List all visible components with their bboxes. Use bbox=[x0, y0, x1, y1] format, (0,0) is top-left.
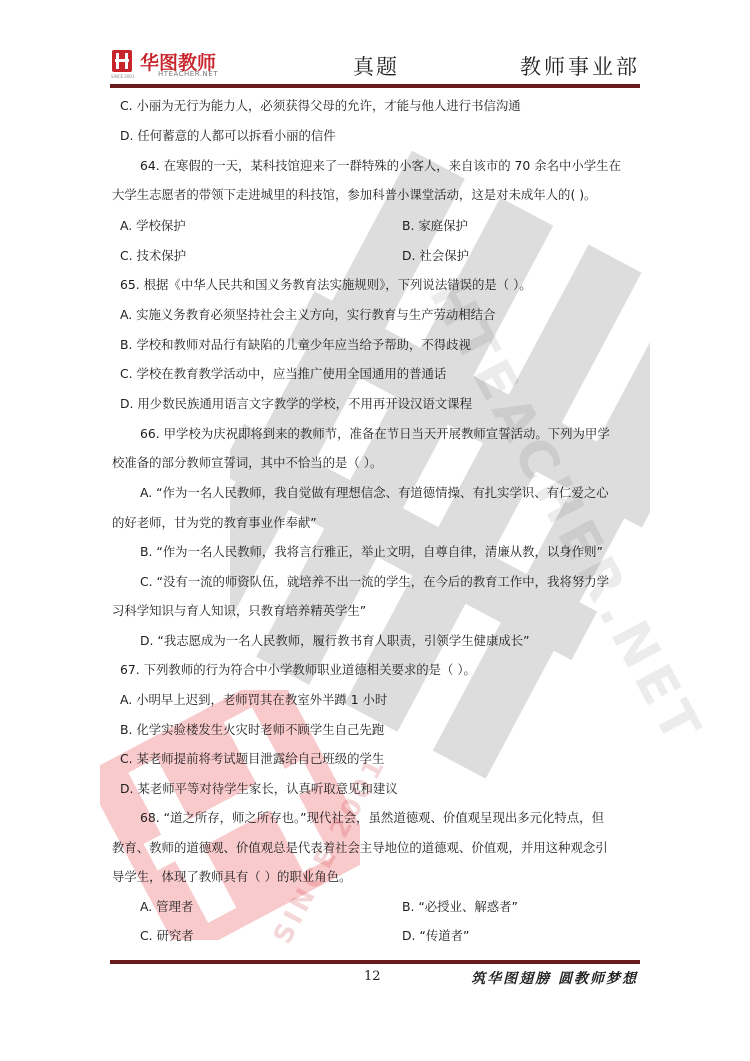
q64-option-c: C. 技术保护 bbox=[120, 246, 186, 264]
q64-stem-line1: 64. 在寒假的一天，某科技馆迎来了一群特殊的小客人，来自该市的 70 余名中小… bbox=[140, 156, 621, 174]
q68-option-b: B. “必授业、解惑者” bbox=[402, 897, 518, 915]
brand-logo: SINCE 2001 华图教师 HTEACHER.NET bbox=[112, 50, 232, 80]
logo-since-text: SINCE 2001 bbox=[111, 74, 134, 79]
logo-mark-icon bbox=[112, 50, 132, 72]
q66-option-a-line2: 的好老师，甘为党的教育事业作奉献” bbox=[112, 513, 317, 531]
q66-option-a-line1: A. “作为一名人民教师，我自觉做有理想信念、有道德情操、有扎实学识、有仁爱之心 bbox=[140, 483, 609, 501]
page-number: 12 bbox=[364, 969, 381, 984]
q65-stem: 65. 根据《中华人民共和国义务教育法实施规则》，下列说法错误的是（ ）。 bbox=[120, 275, 532, 293]
q67-option-d: D. 某老师平等对待学生家长，认真听取意见和建议 bbox=[120, 779, 398, 797]
q67-option-b: B. 化学实验楼发生火灾时老师不顾学生自己先跑 bbox=[120, 720, 384, 738]
q65-option-b: B. 学校和教师对品行有缺陷的儿童少年应当给予帮助，不得歧视 bbox=[120, 335, 471, 353]
footer-divider bbox=[110, 960, 640, 964]
q63-option-d: D. 任何蓄意的人都可以拆看小丽的信件 bbox=[120, 126, 336, 144]
q66-option-d: D. “我志愿成为一名人民教师，履行教书育人职责，引领学生健康成长” bbox=[140, 631, 530, 649]
q68-stem-line3: 导学生，体现了教师具有（ ）的职业角色。 bbox=[112, 867, 351, 885]
q66-stem-line2: 校准备的部分教师宣誓词，其中不恰当的是（ ）。 bbox=[112, 453, 382, 471]
q68-stem-line2: 教育、教师的道德观、价值观总是代表着社会主导地位的道德观、价值观，并用这种观念引 bbox=[112, 838, 608, 856]
q66-stem-line1: 66. 甲学校为庆祝即将到来的教师节，准备在节日当天开展教师宣誓活动。下列为甲学 bbox=[140, 424, 610, 442]
q64-option-b: B. 家庭保护 bbox=[402, 216, 468, 234]
page-header: SINCE 2001 华图教师 HTEACHER.NET 真题 教师事业部 bbox=[110, 48, 640, 82]
q65-option-a: A. 实施义务教育必须坚持社会主义方向，实行教育与生产劳动相结合 bbox=[120, 305, 495, 323]
q66-option-b: B. “作为一名人民教师，我将言行雅正，举止文明，自尊自律，清廉从教，以身作则” bbox=[140, 542, 603, 560]
q63-option-c: C. 小丽为无行为能力人，必须获得父母的允许，才能与他人进行书信沟通 bbox=[120, 96, 521, 114]
q66-option-c-line1: C. “没有一流的师资队伍，就培养不出一流的学生，在今后的教育工作中，我将努力学 bbox=[140, 572, 609, 590]
logo-url: HTEACHER.NET bbox=[158, 70, 218, 78]
document-page: HTEACHER.NET SINCE 2001 SINCE 2001 华图教师 … bbox=[0, 0, 750, 1061]
q64-stem-line2: 大学生志愿者的带领下走进城里的科技馆，参加科普小课堂活动，这是对未成年人的( )… bbox=[112, 185, 596, 203]
q66-option-c-line2: 习科学知识与育人知识，只教育培养精英学生” bbox=[112, 601, 366, 619]
q64-option-a: A. 学校保护 bbox=[120, 216, 186, 234]
q65-option-c: C. 学校在教育教学活动中，应当推广使用全国通用的普通话 bbox=[120, 364, 446, 382]
q67-option-a: A. 小明早上迟到，老师罚其在教室外半蹲 1 小时 bbox=[120, 690, 387, 708]
q67-stem: 67. 下列教师的行为符合中小学教师职业道德相关要求的是（ ）。 bbox=[120, 660, 476, 678]
q65-option-d: D. 用少数民族通用语言文字教学的学校，不用再开设汉语文课程 bbox=[120, 394, 472, 412]
header-title-right: 教师事业部 bbox=[520, 51, 640, 81]
q64-option-d: D. 社会保护 bbox=[402, 246, 469, 264]
q68-option-d: D. “传道者” bbox=[402, 926, 469, 944]
footer-slogan: 筑华图翅膀 圆教师梦想 bbox=[471, 968, 638, 988]
header-divider bbox=[110, 84, 640, 88]
q68-stem-line1: 68. “道之所存，师之所存也。”现代社会，虽然道德观、价值观呈现出多元化特点，… bbox=[140, 808, 604, 826]
header-title-center: 真题 bbox=[353, 51, 399, 81]
q67-option-c: C. 某老师提前将考试题目泄露给自己班级的学生 bbox=[120, 749, 384, 767]
q68-option-c: C. 研究者 bbox=[140, 926, 194, 944]
q68-option-a: A. 管理者 bbox=[140, 897, 193, 915]
